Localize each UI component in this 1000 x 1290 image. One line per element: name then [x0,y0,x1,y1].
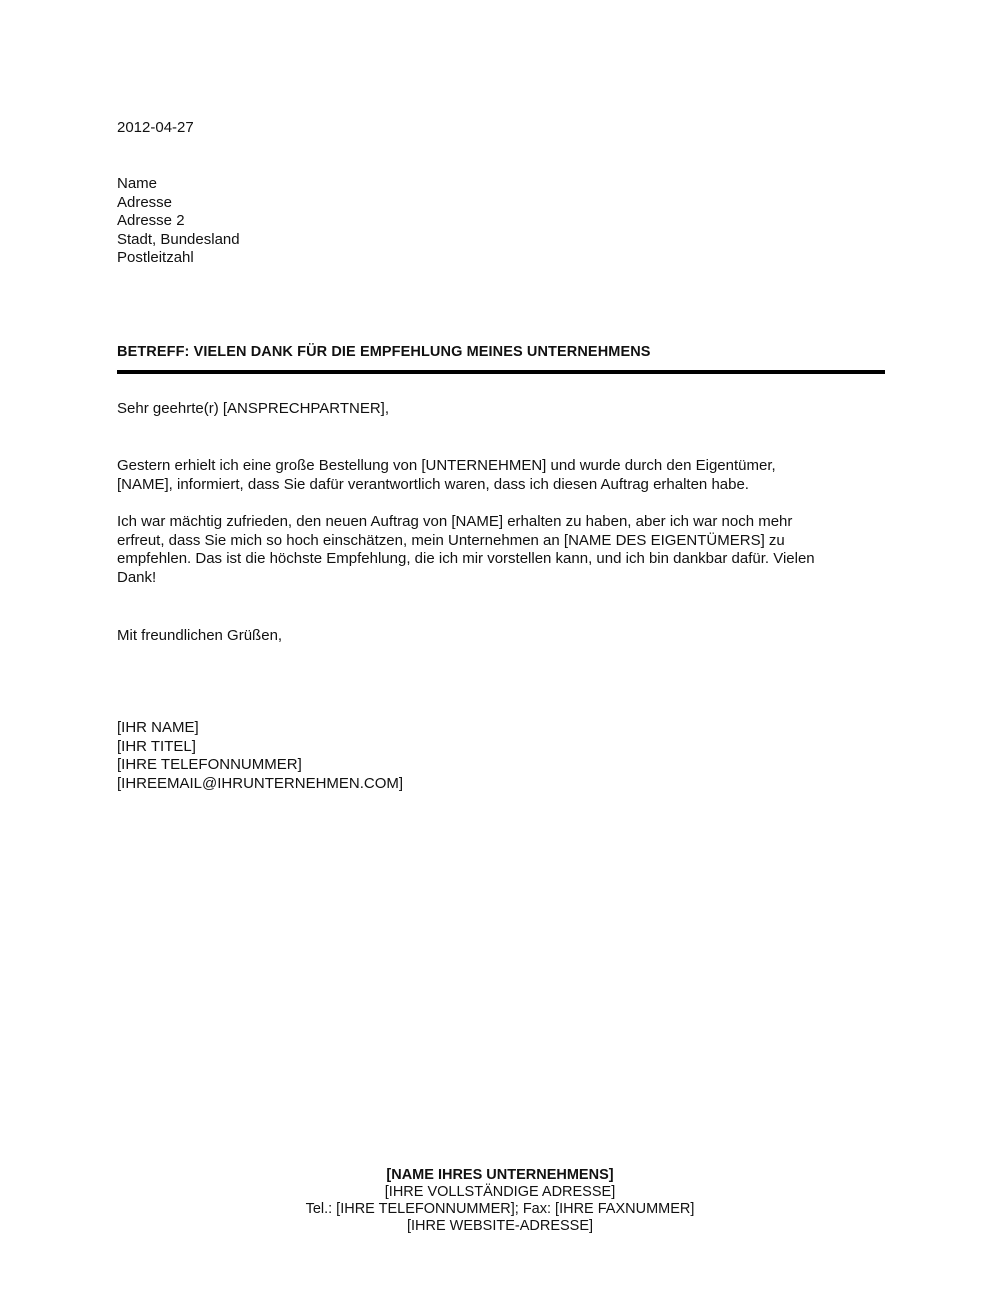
paragraph-line: Dank! [117,569,897,588]
footer-contact: Tel.: [IHRE TELEFONNUMMER]; Fax: [IHRE F… [0,1201,1000,1218]
recipient-postal-code: Postleitzahl [117,249,240,268]
paragraph-line: Gestern erhielt ich eine große Bestellun… [117,457,897,476]
signature-name: [IHR NAME] [117,719,403,738]
paragraph-line: [NAME], informiert, dass Sie dafür veran… [117,476,897,495]
signature-phone: [IHRE TELEFONNUMMER] [117,756,403,775]
paragraph-line: Ich war mächtig zufrieden, den neuen Auf… [117,513,897,532]
body-paragraph-2: Ich war mächtig zufrieden, den neuen Auf… [117,513,897,587]
recipient-address-line-1: Adresse [117,194,240,213]
signature-block: [IHR NAME] [IHR TITEL] [IHRE TELEFONNUMM… [117,719,403,793]
letter-date: 2012-04-27 [117,119,194,138]
closing: Mit freundlichen Grüßen, [117,627,282,646]
footer-company-name: [NAME IHRES UNTERNEHMENS] [0,1167,1000,1184]
salutation: Sehr geehrte(r) [ANSPRECHPARTNER], [117,400,389,419]
signature-title: [IHR TITEL] [117,738,403,757]
recipient-city-state: Stadt, Bundesland [117,231,240,250]
body-paragraph-1: Gestern erhielt ich eine große Bestellun… [117,457,897,494]
footer-website: [IHRE WEBSITE-ADRESSE] [0,1218,1000,1235]
letterhead-footer: [NAME IHRES UNTERNEHMENS] [IHRE VOLLSTÄN… [0,1167,1000,1235]
subject-divider [117,370,885,374]
footer-address: [IHRE VOLLSTÄNDIGE ADRESSE] [0,1184,1000,1201]
paragraph-line: empfehlen. Das ist die höchste Empfehlun… [117,550,897,569]
signature-email: [IHREEMAIL@IHRUNTERNEHMEN.COM] [117,775,403,794]
recipient-address-line-2: Adresse 2 [117,212,240,231]
subject-line: BETREFF: VIELEN DANK FÜR DIE EMPFEHLUNG … [117,343,651,362]
paragraph-line: erfreut, dass Sie mich so hoch einschätz… [117,532,897,551]
recipient-name: Name [117,175,240,194]
recipient-address: Name Adresse Adresse 2 Stadt, Bundesland… [117,175,240,268]
